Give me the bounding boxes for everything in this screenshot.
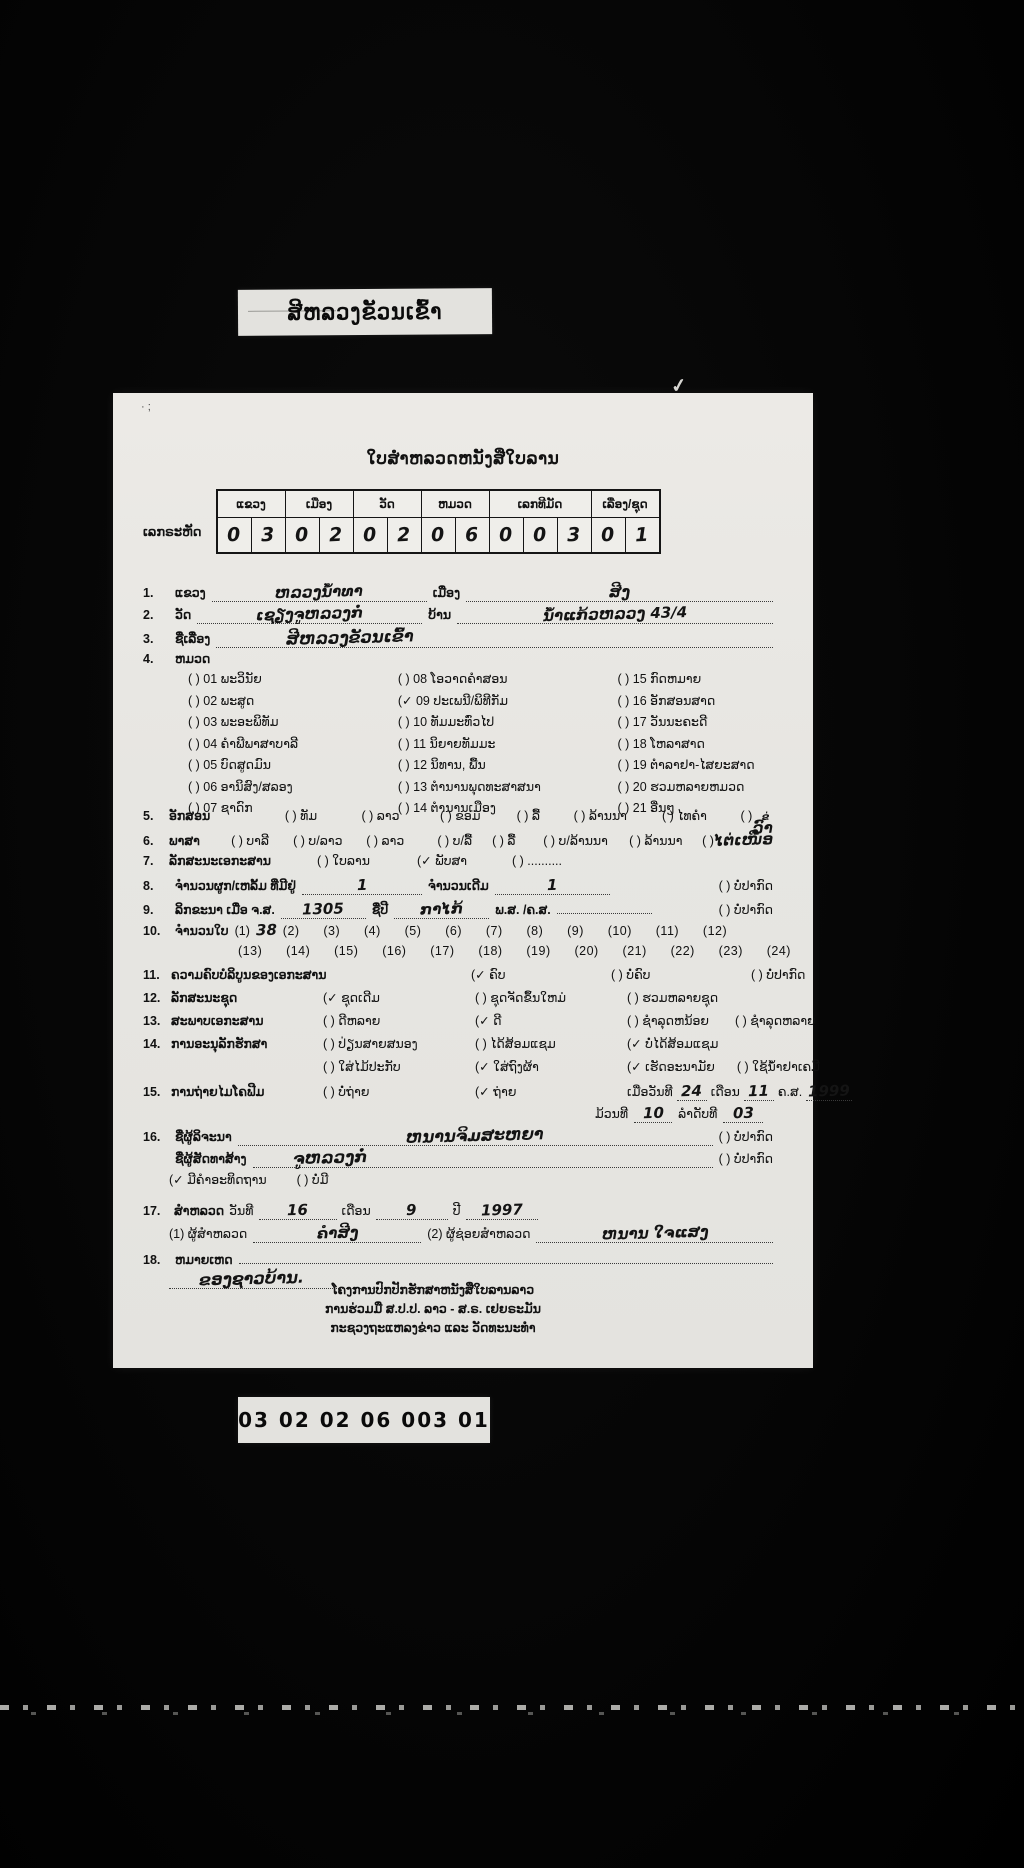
line-number: 3.	[143, 632, 169, 646]
province-label: ແຂວງ	[175, 585, 206, 600]
code-col-header: ຫມວດ	[422, 491, 489, 518]
checkbox-item: ( ) ..........	[512, 854, 562, 868]
code-col-category: ຫມວດ 0 6	[422, 491, 490, 552]
form-title: ໃບສຳຫລວດຫນັງສືໃບລານ	[113, 449, 813, 469]
checkbox-item: ( ) ຊຳລຸດຫລາຍ	[735, 1013, 816, 1028]
assistant-label: (2) ຜູ້ຊ່ອຍສຳຫລວດ	[427, 1226, 530, 1241]
handwritten-province: ຫລວງນໍ້າທາ	[275, 582, 363, 602]
code-digit-cell: 0	[354, 518, 388, 552]
footer-ministry-line: ກະຊວງຖະແຫລງຂ່າວ ແລະ ວັດທະນະທຳ	[113, 1319, 753, 1338]
handwritten-village: ນໍ້າແກ້ວຫລວງ 43/4	[543, 603, 688, 625]
handwritten-year-name: ກາໄກ້	[420, 899, 464, 918]
checkbox-item: ( )	[741, 809, 753, 823]
checkbox-item: ( ) 11 ນິຍາຍທັມມະ	[398, 734, 618, 756]
date-written-label: ລິກຂະນາ ເມື່ອ ຈ.ສ.	[175, 902, 275, 917]
checkbox-item: ( ) ໄດ້ສ້ອມແຊມ	[475, 1036, 627, 1051]
remarks-field	[239, 1249, 773, 1264]
original-count-field: 1	[495, 876, 610, 895]
checkbox-item-checked: (✓ ຊຸດເດີມ	[323, 990, 475, 1005]
checkbox-item: ( ) ບ/ລ້ານນາ	[543, 833, 629, 848]
handwritten-district: ສີງ	[609, 583, 630, 602]
code-col-temple: ວັດ 0 2	[354, 491, 422, 552]
form-line-story-title: 3. ຊື່ເລື່ອງ ສີຫລວງຂັວນເຂົ້າ	[143, 628, 773, 648]
checkbox-item: ( ) 13 ຕຳນານພຸດທະສາສນາ	[398, 777, 618, 799]
checkbox-item-checked: (✓ ມີຄຳອະທິດຖານ	[169, 1172, 267, 1187]
checkbox-item: ( ) 12 ນິທານ, ພື້ນ	[398, 755, 618, 777]
survey-label: ສຳຫລວດ	[174, 1203, 224, 1218]
checkbox-item: ( ) ຊຳລຸດຫນ້ອຍ	[627, 1013, 709, 1028]
code-digit-cell: 2	[320, 518, 353, 552]
language-label: ພາສາ	[169, 833, 231, 848]
form-line-preservation: 14. ການອະນຸລັກຮັກສາ ( ) ປ່ຽນສາຍສນອງ ( ) …	[143, 1036, 773, 1051]
checkbox-item: ( ) ໄທຄຳ	[662, 808, 741, 823]
form-line-survey-date: 17. ສຳຫລວດ ວັນທີ 16 ເດືອນ 9 ປີ 1997	[143, 1201, 773, 1220]
district-field: ສີງ	[466, 583, 773, 602]
line-number: 2.	[143, 608, 169, 622]
form-line-remarks: 18. ຫມາຍເຫດ	[143, 1249, 773, 1267]
line-number: 18.	[143, 1253, 169, 1267]
handwritten-sponsor: ຈູຫລວງກໍ່	[292, 1147, 367, 1168]
form-line-preservation-row2: ( ) ໃສ່ໄມ້ປະກັບ (✓ ໃສ່ຖົງຜ້າ (✓ ເຮັດອະນາ…	[143, 1059, 773, 1074]
script-label: ອັກສອນ	[169, 808, 285, 823]
film-sprocket-marks-faint	[0, 1712, 1024, 1715]
code-col-header: ແຂວງ	[218, 491, 285, 518]
checkbox-item-checked: (✓ ບໍ່ໄດ້ສ້ອມແຊມ	[627, 1036, 773, 1051]
checkbox-item: ( )	[702, 834, 714, 848]
handwritten-film-day: 24	[681, 1082, 702, 1101]
handwritten-survey-month: 9	[406, 1201, 417, 1219]
handwritten-count: 1	[547, 876, 558, 894]
fascicle-count-label: ຈຳນວນຜູກ/ເຫລັ້ມ ທີ່ມີຢູ່	[175, 878, 296, 893]
checkbox-not-found: ( ) ບໍ່ປາກົດ	[719, 1129, 773, 1144]
story-title-label: ຊື່ເລື່ອງ	[175, 631, 210, 646]
year-name-label: ຊື່ປີ	[372, 902, 388, 917]
checkbox-item-checked: (✓ ໃສ່ຖົງຜ້າ	[475, 1059, 627, 1074]
era-year-field	[557, 899, 652, 914]
checkbox-item: ( ) ບ/ລາວ	[293, 833, 366, 848]
checkbox-item: ( ) ບໍ່ຄົບ	[611, 967, 751, 982]
line-number: 8.	[143, 879, 169, 893]
film-month-label: ເດືອນ	[711, 1084, 740, 1099]
document-type-label: ລັກສະນະເອກະສານ	[169, 853, 317, 868]
survey-day-label: ວັນທີ	[229, 1203, 253, 1218]
handwritten-survey-day: 16	[287, 1201, 308, 1220]
checkbox-item: ( ) ຊຸດຈັດຂຶ້ນໃຫມ່	[475, 990, 627, 1005]
era-label: ພ.ສ. /ຄ.ສ.	[495, 902, 551, 917]
code-digit-cell: 2	[388, 518, 421, 552]
code-digit-cell: 0	[422, 518, 456, 552]
form-line-province: 1. ແຂວງ ຫລວງນໍ້າທາ ເມືອງ ສີງ	[143, 583, 773, 602]
checkbox-item: ( ) 10 ທັມມະທົ່ວໄປ	[398, 712, 618, 734]
checkbox-item-checked: (✓ ເຮັດອະນາມັຍ	[627, 1059, 715, 1074]
handwritten-story-title: ສີຫລວງຂັວນເຂົ້າ	[286, 626, 414, 648]
code-digit-cell: 6	[456, 518, 489, 552]
code-number-table: ແຂວງ 0 3 ເມືອງ 0 2 ວັດ 0	[216, 489, 661, 554]
category-column-2: ( ) 08 ໂອວາດຄຳສອນ (✓ 09 ປະເພນີ/ພິທີກັມ (…	[398, 669, 618, 820]
code-col-header: ເລື່ອງ/ຊຸດ	[592, 491, 659, 518]
checkbox-item: ( ) ບໍ່ປາກົດ	[751, 967, 805, 982]
form-line-condition: 13. ສະພາບເອກະສານ ( ) ດີຫລາຍ (✓ ດີ ( ) ຊຳ…	[143, 1013, 773, 1028]
code-digit-cell: 0	[524, 518, 558, 552]
reel-label: ມ້ວນທີ	[595, 1106, 628, 1121]
checkbox-item-checked: (✓ ຖ່າຍ	[475, 1084, 627, 1099]
checkbox-not-found: ( ) ບໍ່ປາກົດ	[719, 902, 773, 917]
form-line-document-type: 7. ລັກສະນະເອກະສານ ( ) ໃບລານ (✓ ພັບສາ ( )…	[143, 853, 773, 868]
code-digit-cell: 0	[218, 518, 252, 552]
surveyor-field: ຄຳສີງ	[253, 1224, 421, 1243]
checkbox-item: ( ) ໃຊ້ນໍ້າຢາເຄມີ	[737, 1059, 820, 1074]
checkbox-item: ( ) ໃສ່ໄມ້ປະກັບ	[323, 1059, 475, 1074]
handwritten-surveyor: ຄຳສີງ	[316, 1223, 358, 1242]
leaf-count-label: ຈຳນວນໃບ	[175, 923, 229, 938]
form-line-reel: ມ້ວນທີ 10 ລຳດັບທີ 03	[595, 1104, 773, 1123]
form-line-prayer: (✓ ມີຄຳອະທິດຖານ ( ) ບໍ່ມີ	[169, 1172, 773, 1187]
line-number: 6.	[143, 834, 169, 848]
form-line-leaf-count: 10. ຈຳນວນໃບ (1) 38 (2) (3) (4) (5) (6) (…	[143, 921, 773, 939]
condition-label: ສະພາບເອກະສານ	[171, 1013, 323, 1028]
category-section-label: ຫມວດ	[175, 651, 210, 666]
footer-project-line: ໂຄງການປົກປັກຮັກສາຫນັງສືໃບລານລາວ	[113, 1281, 753, 1300]
code-col-story-set: ເລື່ອງ/ຊຸດ 0 1	[592, 491, 659, 552]
manuscript-title-text: ສີຫລວງຂັວນເຂົ້າ	[287, 298, 442, 325]
line-number: 11.	[143, 968, 169, 982]
checkbox-item: ( ) 19 ຕຳລາຢາ-ໄສຍະສາດ	[618, 755, 803, 777]
code-col-bundle-number: ເລກທີມັດ 0 0 3	[490, 491, 592, 552]
handwritten-count: 1	[357, 876, 368, 894]
checkbox-item: ( ) 17 ວັນນະຄະດີ	[618, 712, 803, 734]
leaf-cells-row1: (2) (3) (4) (5) (6) (7) (8) (9) (10) (11…	[283, 924, 727, 938]
line-number: 4.	[143, 652, 169, 666]
category-column-1: ( ) 01 ພະວິນັຍ ( ) 02 ພະສູດ ( ) 03 ພະອະພ…	[188, 669, 398, 820]
handwritten-film-month: 11	[748, 1082, 769, 1101]
story-title-field: ສີຫລວງຂັວນເຂົ້າ	[216, 628, 773, 648]
checkbox-not-found: ( ) ບໍ່ປາກົດ	[719, 1151, 773, 1166]
code-digit-cell: 3	[558, 518, 591, 552]
form-line-date-written: 9. ລິກຂະນາ ເມື່ອ ຈ.ສ. 1305 ຊື່ປີ ກາໄກ້ ພ…	[143, 899, 773, 919]
sequence-label: ລຳດັບທີ	[678, 1106, 717, 1121]
line-number: 9.	[143, 903, 169, 917]
corner-checkmark: ✓	[669, 374, 688, 399]
category-column-3: ( ) 15 ກົດຫມາຍ ( ) 16 ອັກສອນສາດ ( ) 17 ວ…	[618, 669, 803, 820]
line-number: 1.	[143, 586, 169, 600]
line-number: 5.	[143, 809, 169, 823]
code-col-header: ວັດ	[354, 491, 421, 518]
checkbox-item: ( ) ລາວ	[366, 833, 437, 848]
checkbox-item: ( ) 15 ກົດຫມາຍ	[618, 669, 803, 691]
checkbox-item: ( ) 18 ໂຫລາສາດ	[618, 734, 803, 756]
line-number: 15.	[143, 1085, 169, 1099]
code-col-header: ເມືອງ	[286, 491, 353, 518]
checkbox-item: ( ) ຂອມ	[440, 808, 517, 823]
checkbox-item: ( ) ປ່ຽນສາຍສນອງ	[323, 1036, 475, 1051]
code-number-row: ເລກຣະຫັດ ແຂວງ 0 3 ເມືອງ 0 2	[143, 489, 803, 554]
checkbox-item: ( ) ບາລີ	[231, 833, 293, 848]
microfilm-label: ການຖ່າຍໄມໂຄຟີມ	[171, 1084, 323, 1099]
checkbox-item: ( ) ໃບລານ	[317, 853, 417, 868]
set-type-label: ລັກສະນະຊຸດ	[171, 990, 323, 1005]
handwritten-language-extra: ໄຕ່ເໜືອ	[714, 830, 774, 850]
line-number: 7.	[143, 854, 169, 868]
checkbox-item: ( ) 03 ພະອະພິທັມ	[188, 712, 398, 734]
film-sprocket-marks	[0, 1705, 1024, 1710]
code-col-header: ເລກທີມັດ	[490, 491, 591, 518]
form-footer: ໂຄງການປົກປັກຮັກສາຫນັງສືໃບລານລາວ ການຮ່ວມມ…	[113, 1281, 753, 1338]
survey-year-label: ປີ	[453, 1203, 461, 1218]
handwritten-temple: ເຊຽງຈູຫລວງກໍ່	[256, 604, 363, 625]
checkbox-item-checked: (✓ ພັບສາ	[417, 853, 512, 868]
temple-field: ເຊຽງຈູຫລວງກໍ່	[197, 605, 422, 624]
checkbox-item: ( ) 20 ຮວມຫລາຍຫມວດ	[618, 777, 803, 799]
checkbox-item: ( ) 08 ໂອວາດຄຳສອນ	[398, 669, 618, 691]
checkbox-item: ( ) ລາວ	[361, 808, 440, 823]
checkbox-not-found: ( ) ບໍ່ປາກົດ	[719, 878, 773, 893]
line-number: 14.	[143, 1037, 169, 1051]
province-field: ຫລວງນໍ້າທາ	[212, 583, 427, 602]
village-field: ນໍ້າແກ້ວຫລວງ 43/4	[457, 605, 773, 624]
film-date-label: ເມື່ອວັນທີ	[627, 1084, 673, 1099]
checkbox-item: ( ) 06 ອານິສົງ/ສລອງ	[188, 777, 398, 799]
checkbox-item: ( ) ລື້	[517, 808, 574, 823]
code-digit-cell: 0	[286, 518, 320, 552]
checkbox-item: ( ) 16 ອັກສອນສາດ	[618, 691, 803, 713]
checkbox-item: ( ) ລ້ານນາ	[629, 833, 702, 848]
checkbox-item: ( ) 01 ພະວິນັຍ	[188, 669, 398, 691]
handwritten-reel-number: 10	[642, 1104, 663, 1123]
leaf-cell-1: (1)	[235, 924, 250, 938]
preservation-label: ການອະນຸລັກຮັກສາ	[171, 1036, 323, 1051]
checkbox-item: ( ) 05 ບົດສູດມົນ	[188, 755, 398, 777]
corner-pen-marks: · ;	[141, 401, 151, 413]
fascicle-count-field: 1	[302, 876, 422, 895]
checkbox-item: ( ) 04 ຄຳພີພາສາບາລີ	[188, 734, 398, 756]
code-digit-cell: 0	[490, 518, 524, 552]
form-line-category-header: 4. ຫມວດ	[143, 651, 773, 666]
checkbox-item-checked: (✓ ຄົບ	[471, 967, 611, 982]
form-line-leaf-count-row2: (13) (14) (15) (16) (17) (18) (19) (20) …	[238, 944, 773, 958]
code-digit-cell: 1	[626, 518, 659, 552]
form-line-fascicle-count: 8. ຈຳນວນຜູກ/ເຫລັ້ມ ທີ່ມີຢູ່ 1 ຈຳນວນເດີມ …	[143, 876, 773, 895]
cs-year-field: 1305	[281, 900, 366, 919]
line-number: 17.	[143, 1204, 169, 1218]
code-col-province: ແຂວງ 0 3	[218, 491, 286, 552]
checkbox-item: ( ) ລ້ານນາ	[574, 808, 662, 823]
form-line-temple: 2. ວັດ ເຊຽງຈູຫລວງກໍ່ ບ້ານ ນໍ້າແກ້ວຫລວງ 4…	[143, 605, 773, 624]
checkbox-item: ( ) ຮວມຫລາຍຊຸດ	[627, 990, 773, 1005]
checkbox-item: ( ) ບໍ່ຖ່າຍ	[323, 1084, 475, 1099]
surveyor-label: (1) ຜູ້ສຳຫລວດ	[169, 1226, 247, 1241]
code-digit-cell: 3	[252, 518, 285, 552]
handwritten-sequence-number: 03	[733, 1104, 754, 1123]
film-era-label: ຄ.ສ.	[778, 1084, 802, 1099]
code-number-label: ເລກຣະຫັດ	[143, 524, 202, 540]
form-line-language: 6. ພາສາ ( ) ບາລີ ( ) ບ/ລາວ ( ) ລາວ ( ) ບ…	[143, 831, 773, 849]
survey-month-label: ເດືອນ	[342, 1203, 371, 1218]
handwritten-film-year: 1999	[808, 1081, 850, 1100]
checkbox-item: ( ) ດີຫລາຍ	[323, 1013, 475, 1028]
code-strip-label: 03 02 02 06 003 01	[238, 1397, 490, 1443]
category-checkbox-columns: ( ) 01 ພະວິນັຍ ( ) 02 ພະສູດ ( ) 03 ພະອະພ…	[188, 669, 803, 820]
code-strip-text: 03 02 02 06 003 01	[238, 1408, 490, 1432]
checkbox-item-checked: (✓ 09 ປະເພນີ/ພິທີກັມ	[398, 691, 618, 713]
checkbox-item-checked: (✓ ດີ	[475, 1013, 627, 1028]
line-number: 13.	[143, 1014, 169, 1028]
manuscript-title-label: ສີຫລວງຂັວນເຂົ້າ	[238, 288, 492, 336]
remarks-label: ຫມາຍເຫດ	[175, 1252, 233, 1267]
survey-form-paper: · ; ✓ ໃບສຳຫລວດຫນັງສືໃບລານ ເລກຣະຫັດ ແຂວງ …	[113, 393, 813, 1368]
form-line-set-type: 12. ລັກສະນະຊຸດ (✓ ຊຸດເດີມ ( ) ຊຸດຈັດຂຶ້ນ…	[143, 990, 773, 1005]
author-label: ຊື່ຜູ້ລິຈະນາ	[175, 1129, 232, 1144]
code-col-district: ເມືອງ 0 2	[286, 491, 354, 552]
film-background: ສີຫລວງຂັວນເຂົ້າ · ; ✓ ໃບສຳຫລວດຫນັງສືໃບລາ…	[0, 0, 1024, 1868]
sponsor-label: ຊື່ຜູ້ສັດທາສ້າງ	[175, 1151, 247, 1166]
handwritten-author: ຫນານຈິມສະຫຍາ	[406, 1124, 544, 1147]
sponsor-field: ຈູຫລວງກໍ່	[253, 1148, 713, 1168]
village-label: ບ້ານ	[428, 607, 451, 622]
checkbox-item: ( ) ທັມ	[285, 808, 362, 823]
checkbox-item: ( ) ລື້	[492, 833, 543, 848]
handwritten-cs-year: 1305	[302, 899, 344, 918]
form-line-author: 16. ຊື່ຜູ້ລິຈະນາ ຫນານຈິມສະຫຍາ ( ) ບໍ່ປາກ…	[143, 1126, 773, 1146]
form-line-sponsor: ຊື່ຜູ້ສັດທາສ້າງ ຈູຫລວງກໍ່ ( ) ບໍ່ປາກົດ	[143, 1148, 773, 1168]
year-name-field: ກາໄກ້	[394, 900, 489, 919]
author-field: ຫນານຈິມສະຫຍາ	[238, 1126, 713, 1146]
handwritten-leaf-count: 38	[256, 921, 277, 940]
line-number: 10.	[143, 924, 169, 938]
line-number: 12.	[143, 991, 169, 1005]
form-line-completeness: 11. ຄວາມຄົບບໍລິບູນຂອງເອກະສານ (✓ ຄົບ ( ) …	[143, 967, 773, 982]
handwritten-assistant: ຫນານ ໃຈແສງ	[601, 1223, 708, 1244]
temple-label: ວັດ	[175, 607, 191, 622]
checkbox-item: ( ) ບ/ລື້	[437, 833, 492, 848]
footer-cooperation-line: ການຮ່ວມມື ສ.ປ.ປ. ລາວ - ສ.ຣ. ເຢຍຣະມັນ	[113, 1300, 753, 1319]
original-count-label: ຈຳນວນເດີມ	[428, 878, 489, 893]
leaf-cells-row2: (13) (14) (15) (16) (17) (18) (19) (20) …	[238, 944, 791, 958]
assistant-field: ຫນານ ໃຈແສງ	[536, 1224, 773, 1243]
completeness-label: ຄວາມຄົບບໍລິບູນຂອງເອກະສານ	[171, 967, 471, 982]
checkbox-item: ( ) ບໍ່ມີ	[297, 1172, 329, 1187]
checkbox-item: ( ) 02 ພະສູດ	[188, 691, 398, 713]
district-label: ເມືອງ	[433, 585, 460, 600]
handwritten-survey-year: 1997	[480, 1200, 522, 1219]
form-line-microfilm: 15. ການຖ່າຍໄມໂຄຟີມ ( ) ບໍ່ຖ່າຍ (✓ ຖ່າຍ ເ…	[143, 1082, 773, 1101]
form-line-surveyors: (1) ຜູ້ສຳຫລວດ ຄຳສີງ (2) ຜູ້ຊ່ອຍສຳຫລວດ ຫນ…	[169, 1224, 773, 1243]
line-number: 16.	[143, 1130, 169, 1144]
code-digit-cell: 0	[592, 518, 626, 552]
